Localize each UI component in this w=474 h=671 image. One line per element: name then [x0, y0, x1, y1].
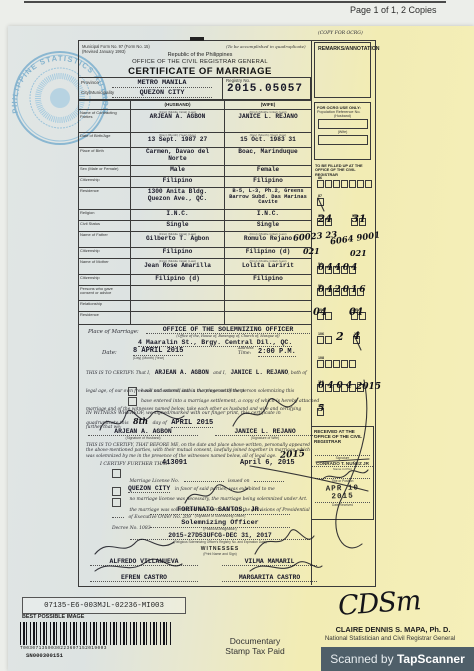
husband-cell: (First) (Middle Initial) (Last)Jean Rose…	[131, 259, 225, 275]
time-label: Time:	[238, 351, 251, 356]
registrar-general-title: National Statistician and Civil Registra…	[306, 635, 474, 642]
field-94-value: 04404	[318, 263, 359, 273]
best-possible-image-label: BEST POSSIBLE IMAGE	[22, 614, 84, 620]
husband-birthplace: Carmen, Davao del Norte	[131, 148, 225, 166]
barcode-number: T003071350030223607152019003	[20, 646, 107, 651]
registry-divider	[222, 77, 223, 100]
husband-relationship	[131, 301, 225, 312]
checkbox-entered-settlement	[128, 397, 137, 406]
row-label: Name of Mother	[78, 259, 131, 275]
marriage-address: 4 Maaralin St., Brgy. Central Dil., QC.	[138, 339, 292, 347]
row-label: Citizenship	[78, 248, 131, 259]
marriage-date: 8 APRIL 2015	[133, 347, 183, 356]
field-99-value: 042016	[318, 285, 368, 295]
field-88-value: 24	[318, 214, 332, 225]
date-sublabels: (Day) (Month) (Year)	[133, 356, 164, 360]
row-label: Name of Contracting Parties	[78, 110, 131, 133]
row-label: Sex (Male or Female)	[78, 166, 131, 177]
husband-civil-status: Single	[131, 221, 225, 232]
province-label: Province	[81, 80, 99, 85]
husband-father: Gilberto T. Agbon	[133, 236, 222, 243]
field-106-boxes	[317, 336, 333, 344]
wife-father-citizenship: Filipino (d)	[225, 248, 311, 259]
registrar-general-signature: CDSm	[337, 585, 421, 622]
city-label: City/Municipality	[81, 90, 114, 95]
husband-sex: Male	[131, 166, 225, 177]
wife-consent-person	[225, 286, 311, 301]
received-name-label: Name in Print	[312, 467, 373, 471]
doc-stamp-line-2: Stamp Tax Paid	[205, 646, 305, 656]
province-value: METRO MANILA	[112, 79, 212, 88]
husband-column-header: (HUSBAND)	[131, 101, 225, 110]
row-label: Persons who gave consent or advice	[78, 286, 131, 301]
remarks-title: REMARKS/ANNOTATION	[318, 46, 367, 52]
certify-further-label: I CERTIFY FURTHER THAT:	[100, 462, 169, 467]
wife-cell: (First) (Middle Initial) (Last)Lolita La…	[225, 259, 311, 275]
city-value: QUEZON CITY	[112, 89, 212, 98]
wife-cell: (Day) (Month) (Year) (Age)15 Oct. 1983 3…	[225, 133, 311, 148]
doc-stamp-line-1: Documentary	[205, 636, 305, 646]
row-label: Date of Birth/Age	[78, 133, 131, 148]
witness-2-name: VILMA MAMARIL	[222, 558, 317, 566]
wife-dob: 15 Oct. 1983 31	[227, 137, 309, 144]
checkbox-no-license	[112, 487, 121, 496]
received-date-stamp: APR 10 2015	[312, 484, 374, 502]
husband-name: ARJEAN A. AGBON	[133, 114, 222, 121]
husband-mother-citizenship: Filipino (d)	[131, 275, 225, 286]
document-code-box: 07135-E6-003MJL-02236-MI003	[22, 597, 186, 614]
doc-stamp-note: Documentary Stamp Tax Paid	[205, 636, 305, 656]
row-label: Civil Status	[78, 221, 131, 232]
received-date-label: Date Received	[315, 502, 370, 507]
place-of-marriage-label: Place of Marriage:	[88, 329, 139, 335]
row-label: Religion	[78, 210, 131, 221]
address-label: Address	[238, 345, 254, 350]
wife-ref-label: (Wife)	[317, 130, 368, 134]
witness-4-name: MARGARITA CASTRO	[222, 574, 317, 582]
field-107-value: 4	[353, 331, 360, 342]
copy-for-ocrg-note: (COPY FOR OCRG)	[318, 31, 363, 36]
received-signature-label: Signature	[315, 455, 370, 460]
field-106-value: 2	[336, 330, 344, 343]
husband-consent-person	[131, 286, 225, 301]
husband-ref-field	[318, 119, 368, 129]
husband-mother: Jean Rose Amarilla	[133, 263, 222, 270]
checkbox-presidential-decree	[112, 498, 121, 507]
form-top-tab	[190, 37, 204, 41]
husband-residence2	[131, 312, 225, 325]
settlement-checkbox-row-1: have not entered into a marriage settlem…	[128, 387, 244, 396]
received-position-label: Title or Position	[315, 478, 370, 483]
witness-1-name: ALFREDO VILLANUEVA	[90, 558, 198, 566]
checkbox-marriage-license	[112, 469, 121, 478]
margin-scribble-3: 021	[303, 246, 320, 256]
barcode	[20, 622, 172, 645]
date-label: Date:	[102, 350, 117, 356]
serial-number: SN000300151	[26, 652, 63, 659]
margin-scribble-4: 021	[350, 248, 367, 258]
witness-3-name: EFREN CASTRO	[90, 574, 198, 582]
husband-signature-label: (Signature of Husband)	[88, 436, 198, 440]
table-header-blank	[78, 101, 131, 110]
wife-column-header: (WIFE)	[225, 101, 311, 110]
husband-cell: (Day) (Month) (Year) (Age)13 Sept. 1987 …	[131, 133, 225, 148]
wife-mother: Lolita Laririt	[227, 263, 309, 270]
photo-top-edge	[24, 1, 446, 3]
wife-signature-label: (Signature of Wife)	[215, 436, 315, 440]
checkbox-label: have not entered into a marriage settlem…	[141, 389, 244, 394]
husband-ref-label: (Husband)	[317, 114, 368, 118]
husband-residence: 1300 Anita Bldg. Quezon Ave., QC.	[131, 188, 225, 210]
row-label: Place of Birth	[78, 148, 131, 166]
husband-cell: (First) (Middle Initial) (Last)ARJEAN A.…	[131, 110, 225, 133]
form-revision: (Revised January 1993)	[82, 49, 125, 54]
wife-civil-status: Single	[225, 221, 311, 232]
document-code: 07135-E6-003MJL-02236-MI003	[44, 602, 164, 610]
witnesses-sublabel: (Print Name and Sign)	[150, 552, 290, 556]
page-count-note: Page 1 of 1, 2 Copies	[350, 5, 437, 15]
received-title: RECEIVED AT THE OFFICE OF THE CIVIL REGI…	[312, 427, 373, 445]
checkbox-not-entered-settlement	[128, 387, 137, 396]
field-113-value: 0404	[318, 381, 355, 391]
field-95-value: 31	[352, 214, 366, 225]
license-number: 413091	[162, 459, 187, 467]
witness-clause: IN WITNESS WHEREOF, we signed/marked wit…	[86, 407, 310, 427]
day-of-label: day of	[153, 421, 167, 426]
month-year-typed: APRIL 2015	[171, 419, 213, 428]
parties-table: (HUSBAND) (WIFE) Name of Contracting Par…	[78, 100, 311, 325]
husband-signature-name: ARJEAN A. AGBON	[88, 428, 198, 436]
office-line: OFFICE OF THE CIVIL REGISTRAR GENERAL	[110, 59, 290, 65]
wife-residence: B-5, L-3, Ph.2, Greens Barrow Subd. Das …	[225, 188, 311, 210]
fill-up-note: TO BE FILLED UP AT THE OFFICE OF THE CIV…	[315, 164, 372, 177]
wife-mother-citizenship: Filipino	[225, 275, 311, 286]
row-label: Relationship	[78, 301, 131, 312]
wife-religion: I.N.C.	[225, 210, 311, 221]
row-label: Name of Father	[78, 232, 131, 248]
officer-registry-label: (Religious Solemnizing Officer's Registr…	[130, 540, 310, 544]
husband-citizenship: Filipino	[131, 177, 225, 188]
wife-sex: Female	[225, 166, 311, 177]
ocrg-use-box: FOR OCRG USE ONLY: Population Reference …	[314, 102, 371, 160]
wife-residence2	[225, 312, 311, 325]
row-label: Citizenship	[78, 275, 131, 286]
certificate-title: CERTIFICATE OF MARRIAGE	[100, 66, 300, 77]
quadruplicate-note: (To be accomplished in quadruplicate)	[226, 44, 306, 49]
registry-number: 2015.05057	[227, 83, 303, 95]
field-87-boxes	[317, 198, 325, 206]
day-handwritten: 8th	[133, 416, 148, 426]
field-113-value-overflow: 2015	[356, 382, 381, 392]
officer-certification: THIS IS TO CERTIFY, THAT BEFORE ME, on t…	[86, 443, 310, 459]
certify-and-i: and I,	[213, 371, 226, 376]
husband-religion: I.N.C.	[131, 210, 225, 221]
tapscanner-watermark-bar: Scanned by TapScanner	[321, 647, 474, 671]
wife-birthplace: Boac, Marinduque	[225, 148, 311, 166]
wife-cell: (First) (Middle Initial) (Last)JANICE L.…	[225, 110, 311, 133]
husband-father-citizenship: Filipino	[131, 248, 225, 259]
republic-line: Republic of the Philippines	[120, 52, 280, 58]
field-105-value: 04	[349, 307, 363, 318]
remarks-box: REMARKS/ANNOTATION	[314, 42, 371, 98]
husband-dob: 13 Sept. 1987 27	[133, 137, 222, 144]
registrar-general-name: CLAIRE DENNIS S. MAPA, Ph. D.	[314, 625, 472, 634]
field-119-value: 5	[318, 404, 324, 414]
certify-wife-name: JANICE L. REJANO	[231, 369, 289, 376]
row-label: Residence	[78, 312, 131, 325]
scanned-certificate-page: { "page": { "top_note": "Page 1 of 1, 2 …	[0, 0, 474, 671]
place-of-marriage-sublabel: (Office of the, House of, Barangay of, C…	[146, 334, 310, 338]
row-label: Residence	[78, 188, 131, 210]
field-104-value: 04	[313, 307, 327, 318]
settlement-checkbox-row-2: have entered into a marriage settlement,…	[128, 397, 319, 406]
wife-name: JANICE L. REJANO	[227, 114, 309, 121]
received-box: RECEIVED AT THE OFFICE OF THE CIVIL REGI…	[311, 426, 374, 520]
tapscanner-brand: TapScanner	[397, 652, 465, 666]
margin-scribble-5: 2015	[280, 449, 306, 461]
row-label: Citizenship	[78, 177, 131, 188]
officer-registry-number: 2015-27D53UFCG-DEC 31, 2017	[130, 532, 310, 540]
checkbox-label: have entered into a marriage settlement,…	[141, 399, 319, 404]
wife-relationship	[225, 301, 311, 312]
wife-signature-name: JANICE L. REJANO	[215, 428, 315, 436]
officer-position-label: (Position/Designation)	[150, 527, 290, 531]
field-86-boxes	[317, 180, 373, 188]
place-of-marriage-value: OFFICE OF THE SOLEMNIZING OFFICER	[146, 326, 310, 334]
wife-ref-field	[318, 135, 368, 145]
certify-husband-name: ARJEAN A. AGBON	[155, 369, 209, 376]
officer-signature-label: (Signature of Solemnizing Officer)	[150, 514, 290, 518]
field-108-boxes	[317, 360, 357, 368]
scanned-by-text: Scanned by	[330, 652, 393, 666]
marriage-time: 2:00 P.M.	[258, 348, 296, 357]
wife-citizenship: Filipino	[225, 177, 311, 188]
husband-cell: (First) (Middle Initial) (Last)Gilberto …	[131, 232, 225, 248]
certify-intro: THIS IS TO CERTIFY: That I,	[86, 371, 150, 376]
